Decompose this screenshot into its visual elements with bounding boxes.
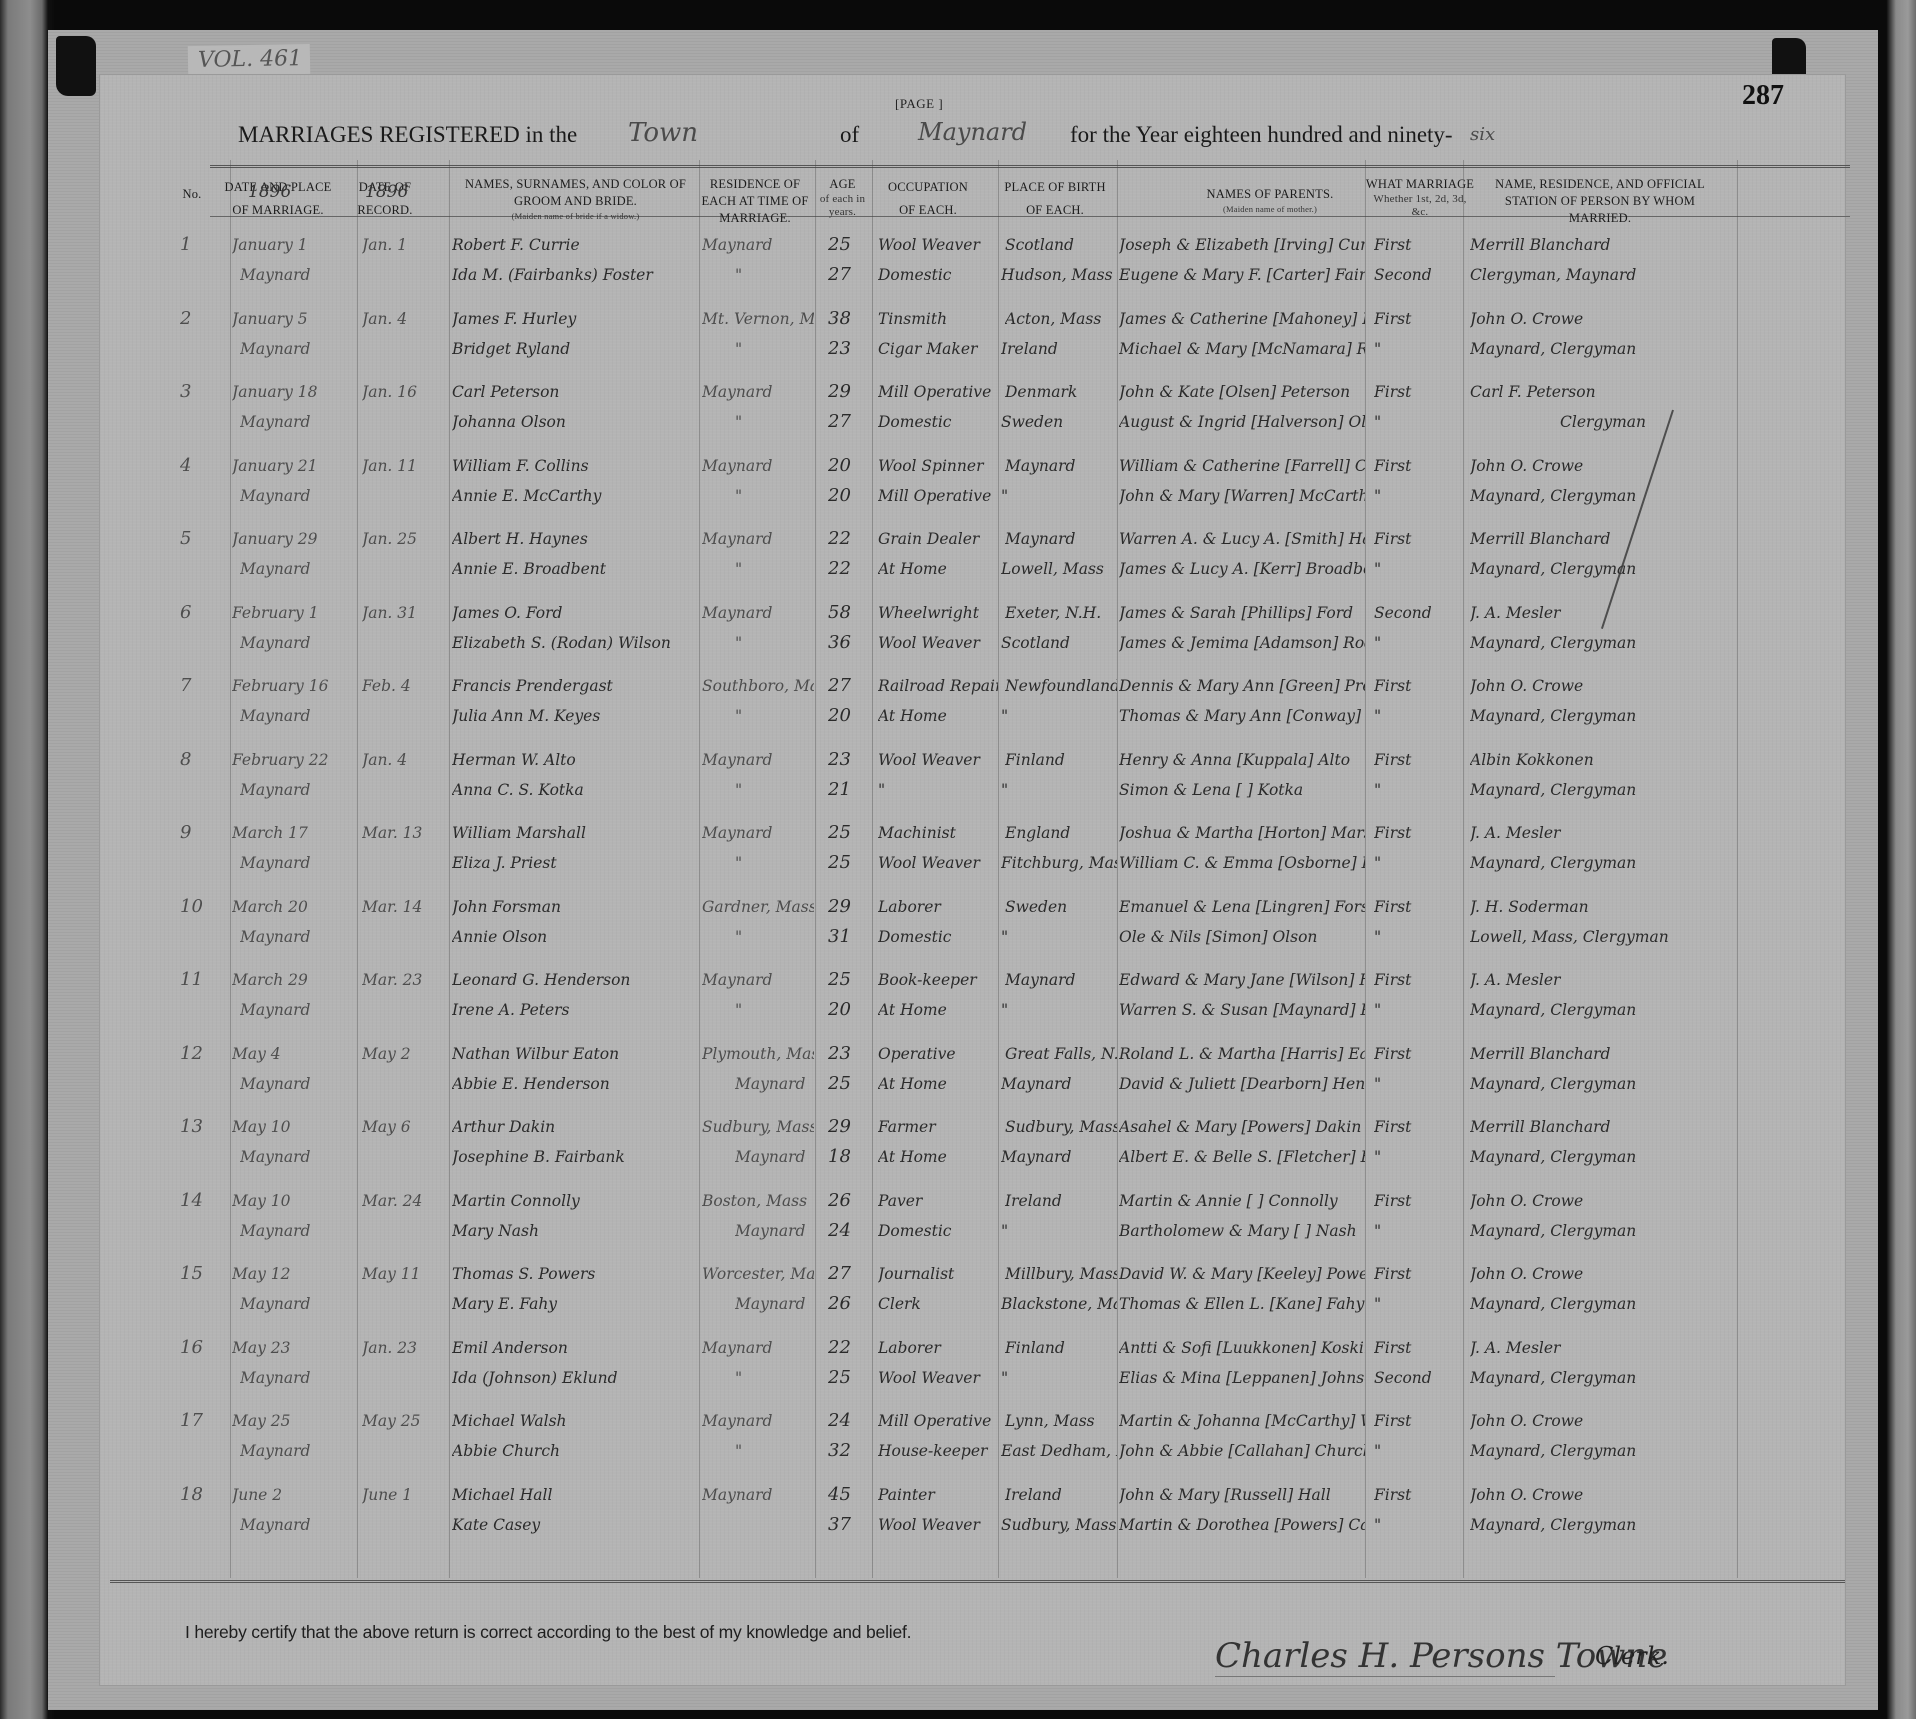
officiant-station: Maynard, Clergyman — [1470, 995, 1730, 1025]
bride-parents: Bartholomew & Mary [ ] Nash — [1119, 1216, 1365, 1246]
groom-name: Michael Hall — [452, 1480, 697, 1510]
officiant-name: Merrill Blanchard — [1470, 524, 1730, 554]
year-suffix: six — [1470, 124, 1495, 145]
groom-birthplace: Scotland — [1005, 230, 1117, 260]
bride-age: 37 — [828, 1510, 868, 1540]
groom-residence: Maynard — [702, 1480, 814, 1510]
marriage-date: March 20 — [232, 892, 352, 922]
groom-residence: Maynard — [702, 230, 814, 260]
officiant-name: John O. Crowe — [1470, 671, 1730, 701]
entry-number: 5 — [180, 524, 220, 554]
record-date: Jan. 4 — [362, 304, 447, 334]
officiant-name: Carl F. Peterson — [1470, 377, 1730, 407]
officiant-name: Merrill Blanchard — [1470, 1112, 1730, 1142]
groom-parents: John & Kate [Olsen] Peterson — [1119, 377, 1365, 407]
groom-marriage-number: First — [1374, 230, 1464, 260]
groom-residence: Maynard — [702, 377, 814, 407]
record-date: Mar. 23 — [362, 965, 447, 995]
groom-occupation: Grain Dealer — [878, 524, 998, 554]
officiant-name: John O. Crowe — [1470, 304, 1730, 334]
entry-number: 7 — [180, 671, 220, 701]
bride-name: Johanna Olson — [452, 407, 697, 437]
groom-name: Arthur Dakin — [452, 1112, 697, 1142]
groom-age: 24 — [828, 1406, 868, 1436]
groom-occupation: Mill Operative — [878, 1406, 998, 1436]
groom-occupation: Paver — [878, 1186, 998, 1216]
bride-birthplace: Blackstone, Mass — [1001, 1289, 1117, 1319]
entry-number: 16 — [180, 1333, 220, 1363]
groom-name: Michael Walsh — [452, 1406, 697, 1436]
bride-age: 25 — [828, 1069, 868, 1099]
bride-occupation: At Home — [878, 554, 998, 584]
entry-number: 13 — [180, 1112, 220, 1142]
groom-parents: Asahel & Mary [Powers] Dakin — [1119, 1112, 1365, 1142]
col-header-parents-label: NAMES OF PARENTS. — [1207, 187, 1334, 201]
record-date: Jan. 23 — [362, 1333, 447, 1363]
bride-parents: Thomas & Ellen L. [Kane] Fahy — [1119, 1289, 1365, 1319]
col-header-occupation: OCCUPATION OF EACH. — [878, 176, 978, 222]
bride-age: 25 — [828, 1363, 868, 1393]
groom-marriage-number: First — [1374, 1259, 1464, 1289]
bride-marriage-number: " — [1374, 334, 1464, 364]
groom-parents: Emanuel & Lena [Lingren] Forsman — [1119, 892, 1365, 922]
groom-marriage-number: First — [1374, 1112, 1464, 1142]
bride-parents: Thomas & Mary Ann [Conway] Keyes — [1119, 701, 1365, 731]
marriage-date: January 5 — [232, 304, 352, 334]
groom-name: Nathan Wilbur Eaton — [452, 1039, 697, 1069]
table-row: 1January 1MaynardJan. 1Robert F. CurrieI… — [0, 230, 1745, 300]
groom-residence: Sudbury, Mass — [702, 1112, 814, 1142]
groom-residence: Boston, Mass — [702, 1186, 814, 1216]
bride-birthplace: Ireland — [1001, 334, 1117, 364]
bride-marriage-number: Second — [1374, 1363, 1464, 1393]
marriage-place: Maynard — [240, 481, 350, 511]
groom-marriage-number: First — [1374, 818, 1464, 848]
groom-name: Thomas S. Powers — [452, 1259, 697, 1289]
groom-occupation: Laborer — [878, 892, 998, 922]
groom-parents: Warren A. & Lucy A. [Smith] Haynes — [1119, 524, 1365, 554]
groom-name: William F. Collins — [452, 451, 697, 481]
volume-label: VOL. 461 — [188, 44, 311, 76]
col-header-what-marriage: WHAT MARRIAGE Whether 1st, 2d, 3d, &c. — [1365, 176, 1475, 219]
groom-parents: James & Sarah [Phillips] Ford — [1119, 598, 1365, 628]
bride-occupation: Clerk — [878, 1289, 998, 1319]
record-date: May 2 — [362, 1039, 447, 1069]
bride-occupation: At Home — [878, 1142, 998, 1172]
groom-parents: John & Mary [Russell] Hall — [1119, 1480, 1365, 1510]
bride-age: 36 — [828, 628, 868, 658]
marriage-place: Maynard — [240, 1436, 350, 1466]
bride-residence: " — [735, 1436, 815, 1466]
groom-parents: Joseph & Elizabeth [Irving] Currie — [1119, 230, 1365, 260]
bride-birthplace: Hudson, Mass — [1001, 260, 1117, 290]
bride-birthplace: Sudbury, Mass — [1001, 1510, 1117, 1540]
bride-residence: " — [735, 701, 815, 731]
marriage-place: Maynard — [240, 995, 350, 1025]
bride-age: 27 — [828, 407, 868, 437]
bride-parents: John & Mary [Warren] McCarthy — [1119, 481, 1365, 511]
groom-parents: Martin & Johanna [McCarthy] Walsh — [1119, 1406, 1365, 1436]
bride-parents: Simon & Lena [ ] Kotka — [1119, 775, 1365, 805]
marriage-date: March 29 — [232, 965, 352, 995]
record-date: Jan. 11 — [362, 451, 447, 481]
bride-residence: Maynard — [735, 1289, 815, 1319]
bride-birthplace: Maynard — [1001, 1142, 1117, 1172]
bride-age: 18 — [828, 1142, 868, 1172]
officiant-station: Maynard, Clergyman — [1470, 1289, 1730, 1319]
groom-birthplace: Maynard — [1005, 524, 1117, 554]
record-date: Mar. 13 — [362, 818, 447, 848]
col-header-parents-note: (Maiden name of mother.) — [1160, 203, 1380, 215]
groom-occupation: Machinist — [878, 818, 998, 848]
bride-birthplace: " — [1001, 922, 1117, 952]
table-row: 13May 10MaynardMay 6Arthur DakinJosephin… — [0, 1112, 1745, 1182]
marriage-date: May 23 — [232, 1333, 352, 1363]
groom-age: 25 — [828, 818, 868, 848]
officiant-station: Maynard, Clergyman — [1470, 334, 1730, 364]
bride-age: 26 — [828, 1289, 868, 1319]
groom-residence: Worcester, Mass — [702, 1259, 814, 1289]
bride-parents: James & Lucy A. [Kerr] Broadbent — [1119, 554, 1365, 584]
officiant-name: J. A. Mesler — [1470, 965, 1730, 995]
bride-birthplace: Sweden — [1001, 407, 1117, 437]
groom-name: Herman W. Alto — [452, 745, 697, 775]
groom-name: Carl Peterson — [452, 377, 697, 407]
officiant-name: Merrill Blanchard — [1470, 230, 1730, 260]
officiant-station: Maynard, Clergyman — [1470, 701, 1730, 731]
page-number: 287 — [1742, 80, 1784, 112]
bride-occupation: Wool Weaver — [878, 1510, 998, 1540]
table-row: 8February 22MaynardJan. 4Herman W. AltoA… — [0, 745, 1745, 815]
groom-occupation: Laborer — [878, 1333, 998, 1363]
bride-name: Elizabeth S. (Rodan) Wilson — [452, 628, 697, 658]
bride-marriage-number: " — [1374, 1436, 1464, 1466]
officiant-station: Maynard, Clergyman — [1470, 1436, 1730, 1466]
bride-occupation: Domestic — [878, 1216, 998, 1246]
record-date: Mar. 14 — [362, 892, 447, 922]
groom-name: James O. Ford — [452, 598, 697, 628]
bride-marriage-number: " — [1374, 1142, 1464, 1172]
officiant-station: Maynard, Clergyman — [1470, 1510, 1730, 1540]
marriage-place: Maynard — [240, 701, 350, 731]
groom-birthplace: Exeter, N.H. — [1005, 598, 1117, 628]
col-header-age: AGE of each in years. — [815, 176, 870, 219]
groom-parents: Joshua & Martha [Horton] Marshall — [1119, 818, 1365, 848]
groom-occupation: Journalist — [878, 1259, 998, 1289]
groom-marriage-number: First — [1374, 1406, 1464, 1436]
groom-marriage-number: First — [1374, 377, 1464, 407]
bride-age: 27 — [828, 260, 868, 290]
marriage-place: Maynard — [240, 1142, 350, 1172]
officiant-station: Clergyman — [1560, 407, 1820, 437]
table-row: 18June 2MaynardJune 1Michael HallKate Ca… — [0, 1480, 1745, 1550]
bride-occupation: At Home — [878, 995, 998, 1025]
marriage-date: May 12 — [232, 1259, 352, 1289]
bride-parents: James & Jemima [Adamson] Rodan — [1119, 628, 1365, 658]
record-date: May 25 — [362, 1406, 447, 1436]
groom-residence: Maynard — [702, 745, 814, 775]
bride-parents: John & Abbie [Callahan] Church — [1119, 1436, 1365, 1466]
officiant-name: J. H. Soderman — [1470, 892, 1730, 922]
officiant-name: John O. Crowe — [1470, 1186, 1730, 1216]
groom-occupation: Wheelwright — [878, 598, 998, 628]
bride-birthplace: " — [1001, 1363, 1117, 1393]
groom-occupation: Wool Weaver — [878, 745, 998, 775]
bride-residence: Maynard — [735, 1142, 815, 1172]
record-date: Mar. 24 — [362, 1186, 447, 1216]
marriage-date: January 1 — [232, 230, 352, 260]
groom-birthplace: Maynard — [1005, 451, 1117, 481]
entry-number: 3 — [180, 377, 220, 407]
groom-age: 23 — [828, 1039, 868, 1069]
groom-marriage-number: First — [1374, 304, 1464, 334]
bride-age: 21 — [828, 775, 868, 805]
bride-birthplace: " — [1001, 775, 1117, 805]
col-header-names-note: (Maiden name of bride if a widow.) — [448, 210, 703, 222]
groom-name: Robert F. Currie — [452, 230, 697, 260]
groom-occupation: Farmer — [878, 1112, 998, 1142]
binder-clip-left — [56, 36, 96, 96]
bride-occupation: Wool Weaver — [878, 628, 998, 658]
entry-number: 14 — [180, 1186, 220, 1216]
bride-name: Irene A. Peters — [452, 995, 697, 1025]
groom-occupation: Mill Operative — [878, 377, 998, 407]
bride-residence: " — [735, 260, 815, 290]
groom-birthplace: Millbury, Mass — [1005, 1259, 1117, 1289]
groom-residence: Maynard — [702, 451, 814, 481]
groom-marriage-number: First — [1374, 1333, 1464, 1363]
groom-parents: Edward & Mary Jane [Wilson] Henderson — [1119, 965, 1365, 995]
groom-age: 25 — [828, 230, 868, 260]
col-header-age-note: of each in years. — [815, 193, 870, 219]
bride-name: Annie E. Broadbent — [452, 554, 697, 584]
marriage-place: Maynard — [240, 922, 350, 952]
marriage-place: Maynard — [240, 1363, 350, 1393]
bride-name: Mary E. Fahy — [452, 1289, 697, 1319]
groom-parents: Roland L. & Martha [Harris] Eaton — [1119, 1039, 1365, 1069]
marriage-date: January 18 — [232, 377, 352, 407]
groom-occupation: Operative — [878, 1039, 998, 1069]
table-row: 6February 1MaynardJan. 31James O. FordEl… — [0, 598, 1745, 668]
bride-occupation: Domestic — [878, 407, 998, 437]
entry-number: 2 — [180, 304, 220, 334]
certification-statement: I hereby certify that the above return i… — [185, 1622, 911, 1643]
bride-age: 20 — [828, 701, 868, 731]
col-header-officiant: NAME, RESIDENCE, AND OFFICIAL STATION OF… — [1475, 176, 1725, 227]
bride-residence: " — [735, 628, 815, 658]
groom-occupation: Railroad Repairer — [878, 671, 998, 701]
bride-marriage-number: " — [1374, 922, 1464, 952]
col-header-names: NAMES, SURNAMES, AND COLOR OF GROOM AND … — [448, 176, 703, 222]
groom-marriage-number: First — [1374, 524, 1464, 554]
groom-age: 38 — [828, 304, 868, 334]
bride-name: Annie E. McCarthy — [452, 481, 697, 511]
bride-name: Anna C. S. Kotka — [452, 775, 697, 805]
groom-name: Albert H. Haynes — [452, 524, 697, 554]
groom-age: 22 — [828, 524, 868, 554]
groom-occupation: Painter — [878, 1480, 998, 1510]
groom-birthplace: England — [1005, 818, 1117, 848]
book-binding-right — [1886, 0, 1916, 1719]
groom-marriage-number: First — [1374, 1186, 1464, 1216]
groom-residence: Maynard — [702, 524, 814, 554]
groom-occupation: Book-keeper — [878, 965, 998, 995]
bride-occupation: Cigar Maker — [878, 334, 998, 364]
groom-birthplace: Maynard — [1005, 965, 1117, 995]
groom-birthplace: Sudbury, Mass — [1005, 1112, 1117, 1142]
bride-birthplace: Maynard — [1001, 1069, 1117, 1099]
groom-residence: Maynard — [702, 1406, 814, 1436]
table-row: 14May 10MaynardMar. 24Martin ConnollyMar… — [0, 1186, 1745, 1256]
groom-marriage-number: First — [1374, 892, 1464, 922]
bride-occupation: At Home — [878, 701, 998, 731]
entry-number: 9 — [180, 818, 220, 848]
bride-occupation: At Home — [878, 1069, 998, 1099]
bride-residence: " — [735, 481, 815, 511]
groom-age: 58 — [828, 598, 868, 628]
bride-residence: " — [735, 848, 815, 878]
groom-name: William Marshall — [452, 818, 697, 848]
bride-parents: Elias & Mina [Leppanen] Johnson — [1119, 1363, 1365, 1393]
table-row: 12May 4MaynardMay 2Nathan Wilbur EatonAb… — [0, 1039, 1745, 1109]
marriage-date: March 17 — [232, 818, 352, 848]
groom-residence: Plymouth, Mass — [702, 1039, 814, 1069]
bride-residence: Maynard — [735, 1216, 815, 1246]
bride-residence: " — [735, 995, 815, 1025]
groom-marriage-number: First — [1374, 965, 1464, 995]
bride-marriage-number: " — [1374, 554, 1464, 584]
bride-name: Eliza J. Priest — [452, 848, 697, 878]
officiant-name: J. A. Mesler — [1470, 1333, 1730, 1363]
marriage-date: May 4 — [232, 1039, 352, 1069]
record-date: Jan. 4 — [362, 745, 447, 775]
bride-occupation: Mill Operative — [878, 481, 998, 511]
bride-parents: Michael & Mary [McNamara] Ryland — [1119, 334, 1365, 364]
bride-occupation: Wool Weaver — [878, 1363, 998, 1393]
bride-marriage-number: " — [1374, 701, 1464, 731]
groom-marriage-number: First — [1374, 745, 1464, 775]
bride-occupation: Wool Weaver — [878, 848, 998, 878]
municipality-name: Maynard — [918, 118, 1027, 146]
bride-residence: " — [735, 554, 815, 584]
groom-name: John Forsman — [452, 892, 697, 922]
entry-number: 18 — [180, 1480, 220, 1510]
bride-parents: David & Juliett [Dearborn] Henderson — [1119, 1069, 1365, 1099]
groom-birthplace: Lynn, Mass — [1005, 1406, 1117, 1436]
groom-parents: Dennis & Mary Ann [Green] Prendergast — [1119, 671, 1365, 701]
bride-marriage-number: " — [1374, 407, 1464, 437]
officiant-station: Maynard, Clergyman — [1470, 554, 1730, 584]
marriage-place: Maynard — [240, 407, 350, 437]
groom-age: 25 — [828, 965, 868, 995]
marriage-date: May 10 — [232, 1112, 352, 1142]
officiant-name: Merrill Blanchard — [1470, 1039, 1730, 1069]
table-row: 15May 12MaynardMay 11Thomas S. PowersMar… — [0, 1259, 1745, 1329]
groom-name: Emil Anderson — [452, 1333, 697, 1363]
groom-birthplace: Finland — [1005, 1333, 1117, 1363]
col-header-what-marriage-note: Whether 1st, 2d, 3d, &c. — [1365, 193, 1475, 219]
groom-residence: Gardner, Mass — [702, 892, 814, 922]
entry-number: 15 — [180, 1259, 220, 1289]
marriage-place: Maynard — [240, 775, 350, 805]
bride-marriage-number: " — [1374, 628, 1464, 658]
register-title: MARRIAGES REGISTERED in the Town of Mayn… — [238, 122, 1798, 162]
officiant-station: Maynard, Clergyman — [1470, 1142, 1730, 1172]
bride-name: Ida (Johnson) Eklund — [452, 1363, 697, 1393]
entry-number: 11 — [180, 965, 220, 995]
groom-age: 20 — [828, 451, 868, 481]
entry-number: 12 — [180, 1039, 220, 1069]
groom-parents: Antti & Sofi [Luukkonen] Koskinen — [1119, 1333, 1365, 1363]
officiant-name: John O. Crowe — [1470, 451, 1730, 481]
bride-residence: " — [735, 775, 815, 805]
page-bracket-label: [PAGE ] — [895, 96, 943, 112]
bride-name: Annie Olson — [452, 922, 697, 952]
groom-occupation: Tinsmith — [878, 304, 998, 334]
marriage-place: Maynard — [240, 554, 350, 584]
record-date: May 11 — [362, 1259, 447, 1289]
bride-age: 25 — [828, 848, 868, 878]
bride-birthplace: " — [1001, 1216, 1117, 1246]
officiant-station: Lowell, Mass, Clergyman — [1470, 922, 1730, 952]
bride-parents: Martin & Dorothea [Powers] Casey — [1119, 1510, 1365, 1540]
groom-name: Leonard G. Henderson — [452, 965, 697, 995]
col-header-no: No. — [172, 186, 212, 203]
marriage-place: Maynard — [240, 334, 350, 364]
bride-residence: " — [735, 922, 815, 952]
bride-age: 22 — [828, 554, 868, 584]
record-date: Jan. 31 — [362, 598, 447, 628]
header-top-rule — [210, 165, 1850, 168]
entry-number: 6 — [180, 598, 220, 628]
marriage-place: Maynard — [240, 628, 350, 658]
table-row: 3January 18MaynardJan. 16Carl PetersonJo… — [0, 377, 1745, 447]
marriage-place: Maynard — [240, 1069, 350, 1099]
officiant-station: Maynard, Clergyman — [1470, 775, 1730, 805]
year-of-marriage: 1896 — [248, 182, 291, 202]
bride-marriage-number: " — [1374, 848, 1464, 878]
bride-age: 20 — [828, 481, 868, 511]
marriage-date: January 21 — [232, 451, 352, 481]
groom-parents: William & Catherine [Farrell] Collins — [1119, 451, 1365, 481]
record-date: May 6 — [362, 1112, 447, 1142]
bride-marriage-number: " — [1374, 481, 1464, 511]
bride-residence: Maynard — [735, 1069, 815, 1099]
groom-name: Francis Prendergast — [452, 671, 697, 701]
officiant-name: John O. Crowe — [1470, 1480, 1730, 1510]
table-row: 9March 17MaynardMar. 13William MarshallE… — [0, 818, 1745, 888]
groom-residence: Southboro, Mass — [702, 671, 814, 701]
col-header-names-label: NAMES, SURNAMES, AND COLOR OF GROOM AND … — [465, 177, 686, 208]
bride-residence: " — [735, 407, 815, 437]
marriage-date: January 29 — [232, 524, 352, 554]
groom-age: 26 — [828, 1186, 868, 1216]
marriage-date: February 16 — [232, 671, 352, 701]
bride-parents: William C. & Emma [Osborne] Priest — [1119, 848, 1365, 878]
groom-name: Martin Connolly — [452, 1186, 697, 1216]
marriage-place: Maynard — [240, 1289, 350, 1319]
officiant-name: J. A. Mesler — [1470, 818, 1730, 848]
bride-parents: Ole & Nils [Simon] Olson — [1119, 922, 1365, 952]
groom-occupation: Wool Weaver — [878, 230, 998, 260]
bride-residence: " — [735, 334, 815, 364]
groom-parents: David W. & Mary [Keeley] Powers — [1119, 1259, 1365, 1289]
officiant-station: Maynard, Clergyman — [1470, 848, 1730, 878]
groom-marriage-number: First — [1374, 1039, 1464, 1069]
bride-age: 24 — [828, 1216, 868, 1246]
bride-name: Ida M. (Fairbanks) Foster — [452, 260, 697, 290]
record-date: Jan. 25 — [362, 524, 447, 554]
